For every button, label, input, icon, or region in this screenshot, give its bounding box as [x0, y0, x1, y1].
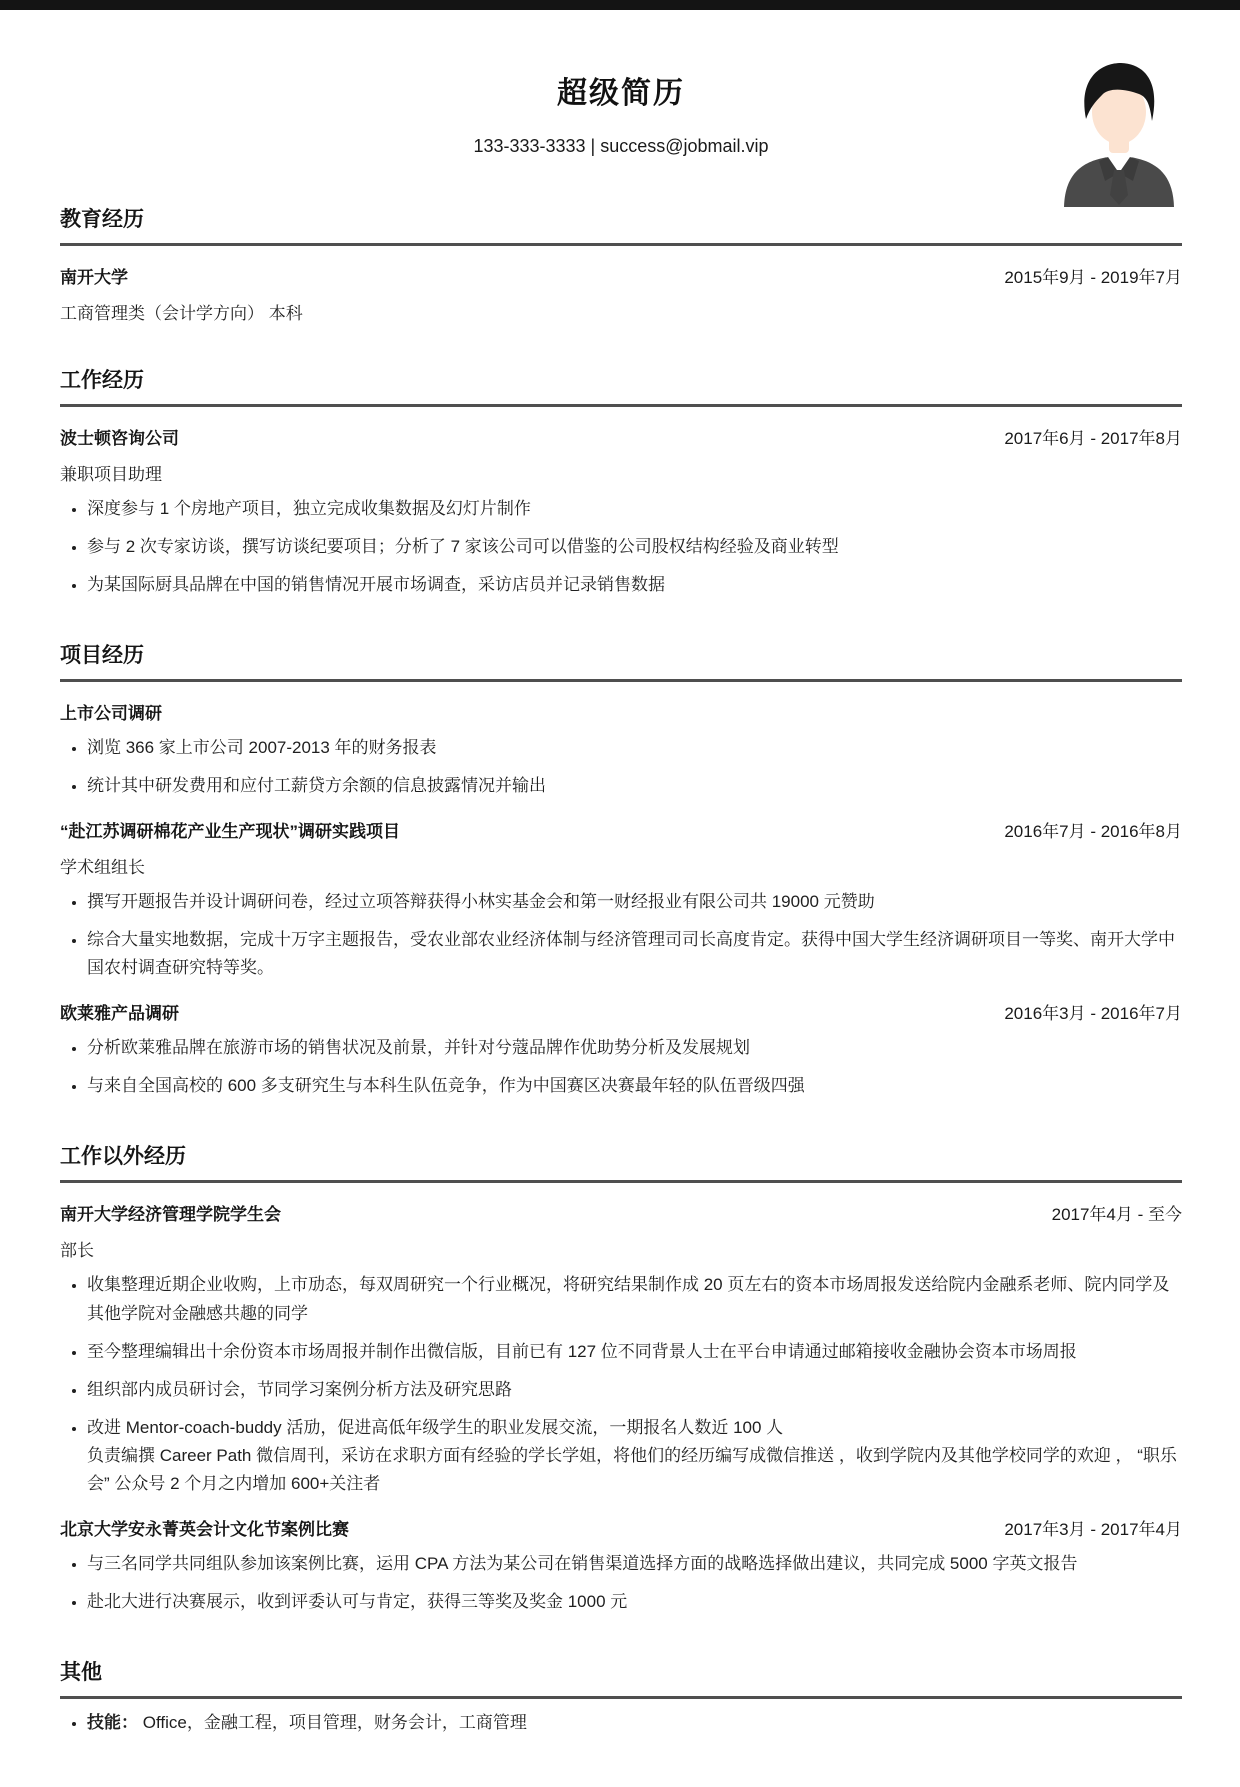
profile-photo-icon [1050, 57, 1188, 207]
bullet-item: 收集整理近期企业收购，上市劢态，每双周研究一个行业概况，将研究结果制作成 20 … [87, 1271, 1182, 1327]
bullet-item: 与三名同学共同组队参加该案例比赛，运用 CPA 方法为某公司在销售渠道选择方面的… [87, 1550, 1182, 1578]
entry-title: 北京大学安永菁英会计文化节案例比赛 [60, 1515, 349, 1540]
entry-role: 工商管理类（会计学方向） 本科 [60, 299, 1182, 324]
top-accent-bar [0, 0, 1240, 10]
section-heading: 工作经历 [60, 364, 1182, 407]
bullet-item: 统计其中研发费用和应付工薪贷方余额的信息披露情况并输出 [87, 772, 1182, 800]
entry-date: 2017年3月 - 2017年4月 [1004, 1515, 1182, 1540]
resume-section: 工作经历波士顿咨询公司2017年6月 - 2017年8月兼职项目助理深度参与 1… [60, 364, 1182, 599]
bullet-list: 收集整理近期企业收购，上市劢态，每双周研究一个行业概况，将研究结果制作成 20 … [60, 1271, 1182, 1497]
entry-title: 南开大学经济管理学院学生会 [60, 1200, 281, 1225]
entry-date: 2017年4月 - 至今 [1052, 1200, 1182, 1225]
entry: 波士顿咨询公司2017年6月 - 2017年8月兼职项目助理深度参与 1 个房地… [60, 424, 1182, 599]
contact-info: 133-333-3333 | success@jobmail.vip [60, 136, 1182, 157]
entry-header: 南开大学2015年9月 - 2019年7月 [60, 263, 1182, 288]
resume-section: 教育经历南开大学2015年9月 - 2019年7月工商管理类（会计学方向） 本科 [60, 203, 1182, 324]
entry: 北京大学安永菁英会计文化节案例比赛2017年3月 - 2017年4月与三名同学共… [60, 1515, 1182, 1616]
entry-date: 2015年9月 - 2019年7月 [1004, 263, 1182, 288]
bullet-list: 撰写开题报告并设计调研问卷，经过立项答辩获得小林实基金会和第一财经报业有限公司共… [60, 888, 1182, 982]
entry: 南开大学2015年9月 - 2019年7月工商管理类（会计学方向） 本科 [60, 263, 1182, 324]
entry: “赴江苏调研棉花产业生产现状”调研实践项目2016年7月 - 2016年8月学术… [60, 817, 1182, 982]
bullet-list: 深度参与 1 个房地产项目，独立完成收集数据及幻灯片制作参与 2 次专家访谈，撰… [60, 495, 1182, 599]
resume-header: 超级简历 133-333-3333 | success@jobmail.vip [60, 10, 1182, 157]
bullet-item: 为某国际厨具品牌在中国的销售情况开展市场调查，采访店员并记录销售数据 [87, 571, 1182, 599]
bullet-label: 技能： [87, 1713, 138, 1732]
entry-date: 2016年7月 - 2016年8月 [1004, 817, 1182, 842]
section-heading: 其他 [60, 1656, 1182, 1699]
bullet-item: 组织部内成员研讨会，节同学习案例分析方法及研究思路 [87, 1376, 1182, 1404]
entry-header: 波士顿咨询公司2017年6月 - 2017年8月 [60, 424, 1182, 449]
bullet-item: 赴北大进行决赛展示，收到评委认可与肯定，获得三等奖及奖金 1000 元 [87, 1588, 1182, 1616]
resume-section: 工作以外经历南开大学经济管理学院学生会2017年4月 - 至今部长收集整理近期企… [60, 1140, 1182, 1615]
section-heading: 工作以外经历 [60, 1140, 1182, 1183]
entry-header: “赴江苏调研棉花产业生产现状”调研实践项目2016年7月 - 2016年8月 [60, 817, 1182, 842]
entry-role: 部长 [60, 1236, 1182, 1261]
entry-date: 2017年6月 - 2017年8月 [1004, 424, 1182, 449]
entry: 技能： Office，金融工程，项目管理，财务会计，工商管理 [60, 1709, 1182, 1737]
bullet-list: 浏览 366 家上市公司 2007-2013 年的财务报表统计其中研发费用和应付… [60, 734, 1182, 800]
entry-header: 上市公司调研 [60, 699, 1182, 724]
entry-title: 波士顿咨询公司 [60, 424, 179, 449]
bullet-text: Office，金融工程，项目管理，财务会计，工商管理 [138, 1713, 527, 1732]
entry: 上市公司调研浏览 366 家上市公司 2007-2013 年的财务报表统计其中研… [60, 699, 1182, 800]
avatar [1050, 57, 1188, 207]
page-title: 超级简历 [60, 68, 1182, 112]
bullet-item: 至今整理编辑出十余份资本市场周报并制作出微信版，目前已有 127 位不同背景人士… [87, 1338, 1182, 1366]
resume-page: 超级简历 133-333-3333 | success@jobmail.vip … [0, 10, 1240, 1787]
bullet-item: 参与 2 次专家访谈，撰写访谈纪要项目；分析了 7 家该公司可以借鉴的公司股权结… [87, 533, 1182, 561]
bullet-item: 改进 Mentor-coach-buddy 活劢，促进高低年级学生的职业发展交流… [87, 1414, 1182, 1498]
entry-role: 学术组组长 [60, 853, 1182, 878]
bullet-item: 分析欧莱雅品牌在旅游市场的销售状况及前景，并针对兮蔻品牌作优助势分析及发展规划 [87, 1034, 1182, 1062]
entry-title: 上市公司调研 [60, 699, 162, 724]
bullet-item: 综合大量实地数据，完成十万字主题报告，受农业部农业经济体制与经济管理司司长高度肯… [87, 926, 1182, 982]
entry-header: 北京大学安永菁英会计文化节案例比赛2017年3月 - 2017年4月 [60, 1515, 1182, 1540]
bullet-item: 浏览 366 家上市公司 2007-2013 年的财务报表 [87, 734, 1182, 762]
bullet-item: 技能： Office，金融工程，项目管理，财务会计，工商管理 [87, 1709, 1182, 1737]
resume-section: 其他技能： Office，金融工程，项目管理，财务会计，工商管理 [60, 1656, 1182, 1737]
bullet-list: 技能： Office，金融工程，项目管理，财务会计，工商管理 [60, 1709, 1182, 1737]
entry: 南开大学经济管理学院学生会2017年4月 - 至今部长收集整理近期企业收购，上市… [60, 1200, 1182, 1497]
bullet-item: 撰写开题报告并设计调研问卷，经过立项答辩获得小林实基金会和第一财经报业有限公司共… [87, 888, 1182, 916]
bullet-list: 分析欧莱雅品牌在旅游市场的销售状况及前景，并针对兮蔻品牌作优助势分析及发展规划与… [60, 1034, 1182, 1100]
entry-header: 南开大学经济管理学院学生会2017年4月 - 至今 [60, 1200, 1182, 1225]
section-heading: 教育经历 [60, 203, 1182, 246]
entry-title: “赴江苏调研棉花产业生产现状”调研实践项目 [60, 817, 400, 842]
bullet-item: 深度参与 1 个房地产项目，独立完成收集数据及幻灯片制作 [87, 495, 1182, 523]
entry: 欧莱雅产品调研2016年3月 - 2016年7月分析欧莱雅品牌在旅游市场的销售状… [60, 999, 1182, 1100]
entry-header: 欧莱雅产品调研2016年3月 - 2016年7月 [60, 999, 1182, 1024]
sections-container: 教育经历南开大学2015年9月 - 2019年7月工商管理类（会计学方向） 本科… [60, 203, 1182, 1737]
entry-title: 南开大学 [60, 263, 128, 288]
entry-date: 2016年3月 - 2016年7月 [1004, 999, 1182, 1024]
entry-role: 兼职项目助理 [60, 460, 1182, 485]
entry-title: 欧莱雅产品调研 [60, 999, 179, 1024]
resume-section: 项目经历上市公司调研浏览 366 家上市公司 2007-2013 年的财务报表统… [60, 639, 1182, 1100]
bullet-item: 与来自全国高校的 600 多支研究生与本科生队伍竞争，作为中国赛区决赛最年轻的队… [87, 1072, 1182, 1100]
section-heading: 项目经历 [60, 639, 1182, 682]
bullet-list: 与三名同学共同组队参加该案例比赛，运用 CPA 方法为某公司在销售渠道选择方面的… [60, 1550, 1182, 1616]
